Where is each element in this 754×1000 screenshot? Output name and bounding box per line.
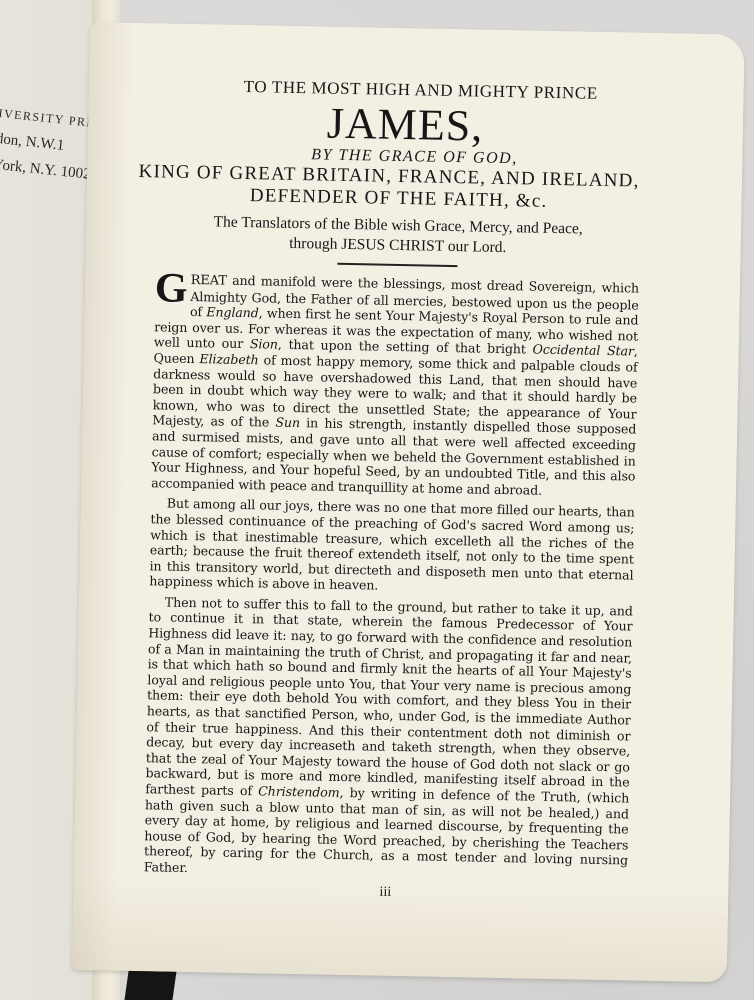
divider-rule — [337, 263, 457, 267]
dedication-page: TO THE MOST HIGH AND MIGHTY PRINCE JAMES… — [72, 22, 745, 982]
paragraph-1: GREAT and manifold were the blessings, m… — [151, 271, 639, 500]
translators-greeting: The Translators of the Bible wish Grace,… — [156, 211, 641, 260]
paragraph-3: Then not to suffer this to fall to the g… — [144, 594, 633, 884]
dedication-body: GREAT and manifold were the blessings, m… — [144, 271, 639, 884]
page-content: TO THE MOST HIGH AND MIGHTY PRINCE JAMES… — [143, 75, 643, 905]
drop-cap: G — [155, 272, 188, 305]
page-number: iii — [143, 880, 627, 905]
paragraph-2: But among all our joys, there was no one… — [149, 496, 635, 599]
